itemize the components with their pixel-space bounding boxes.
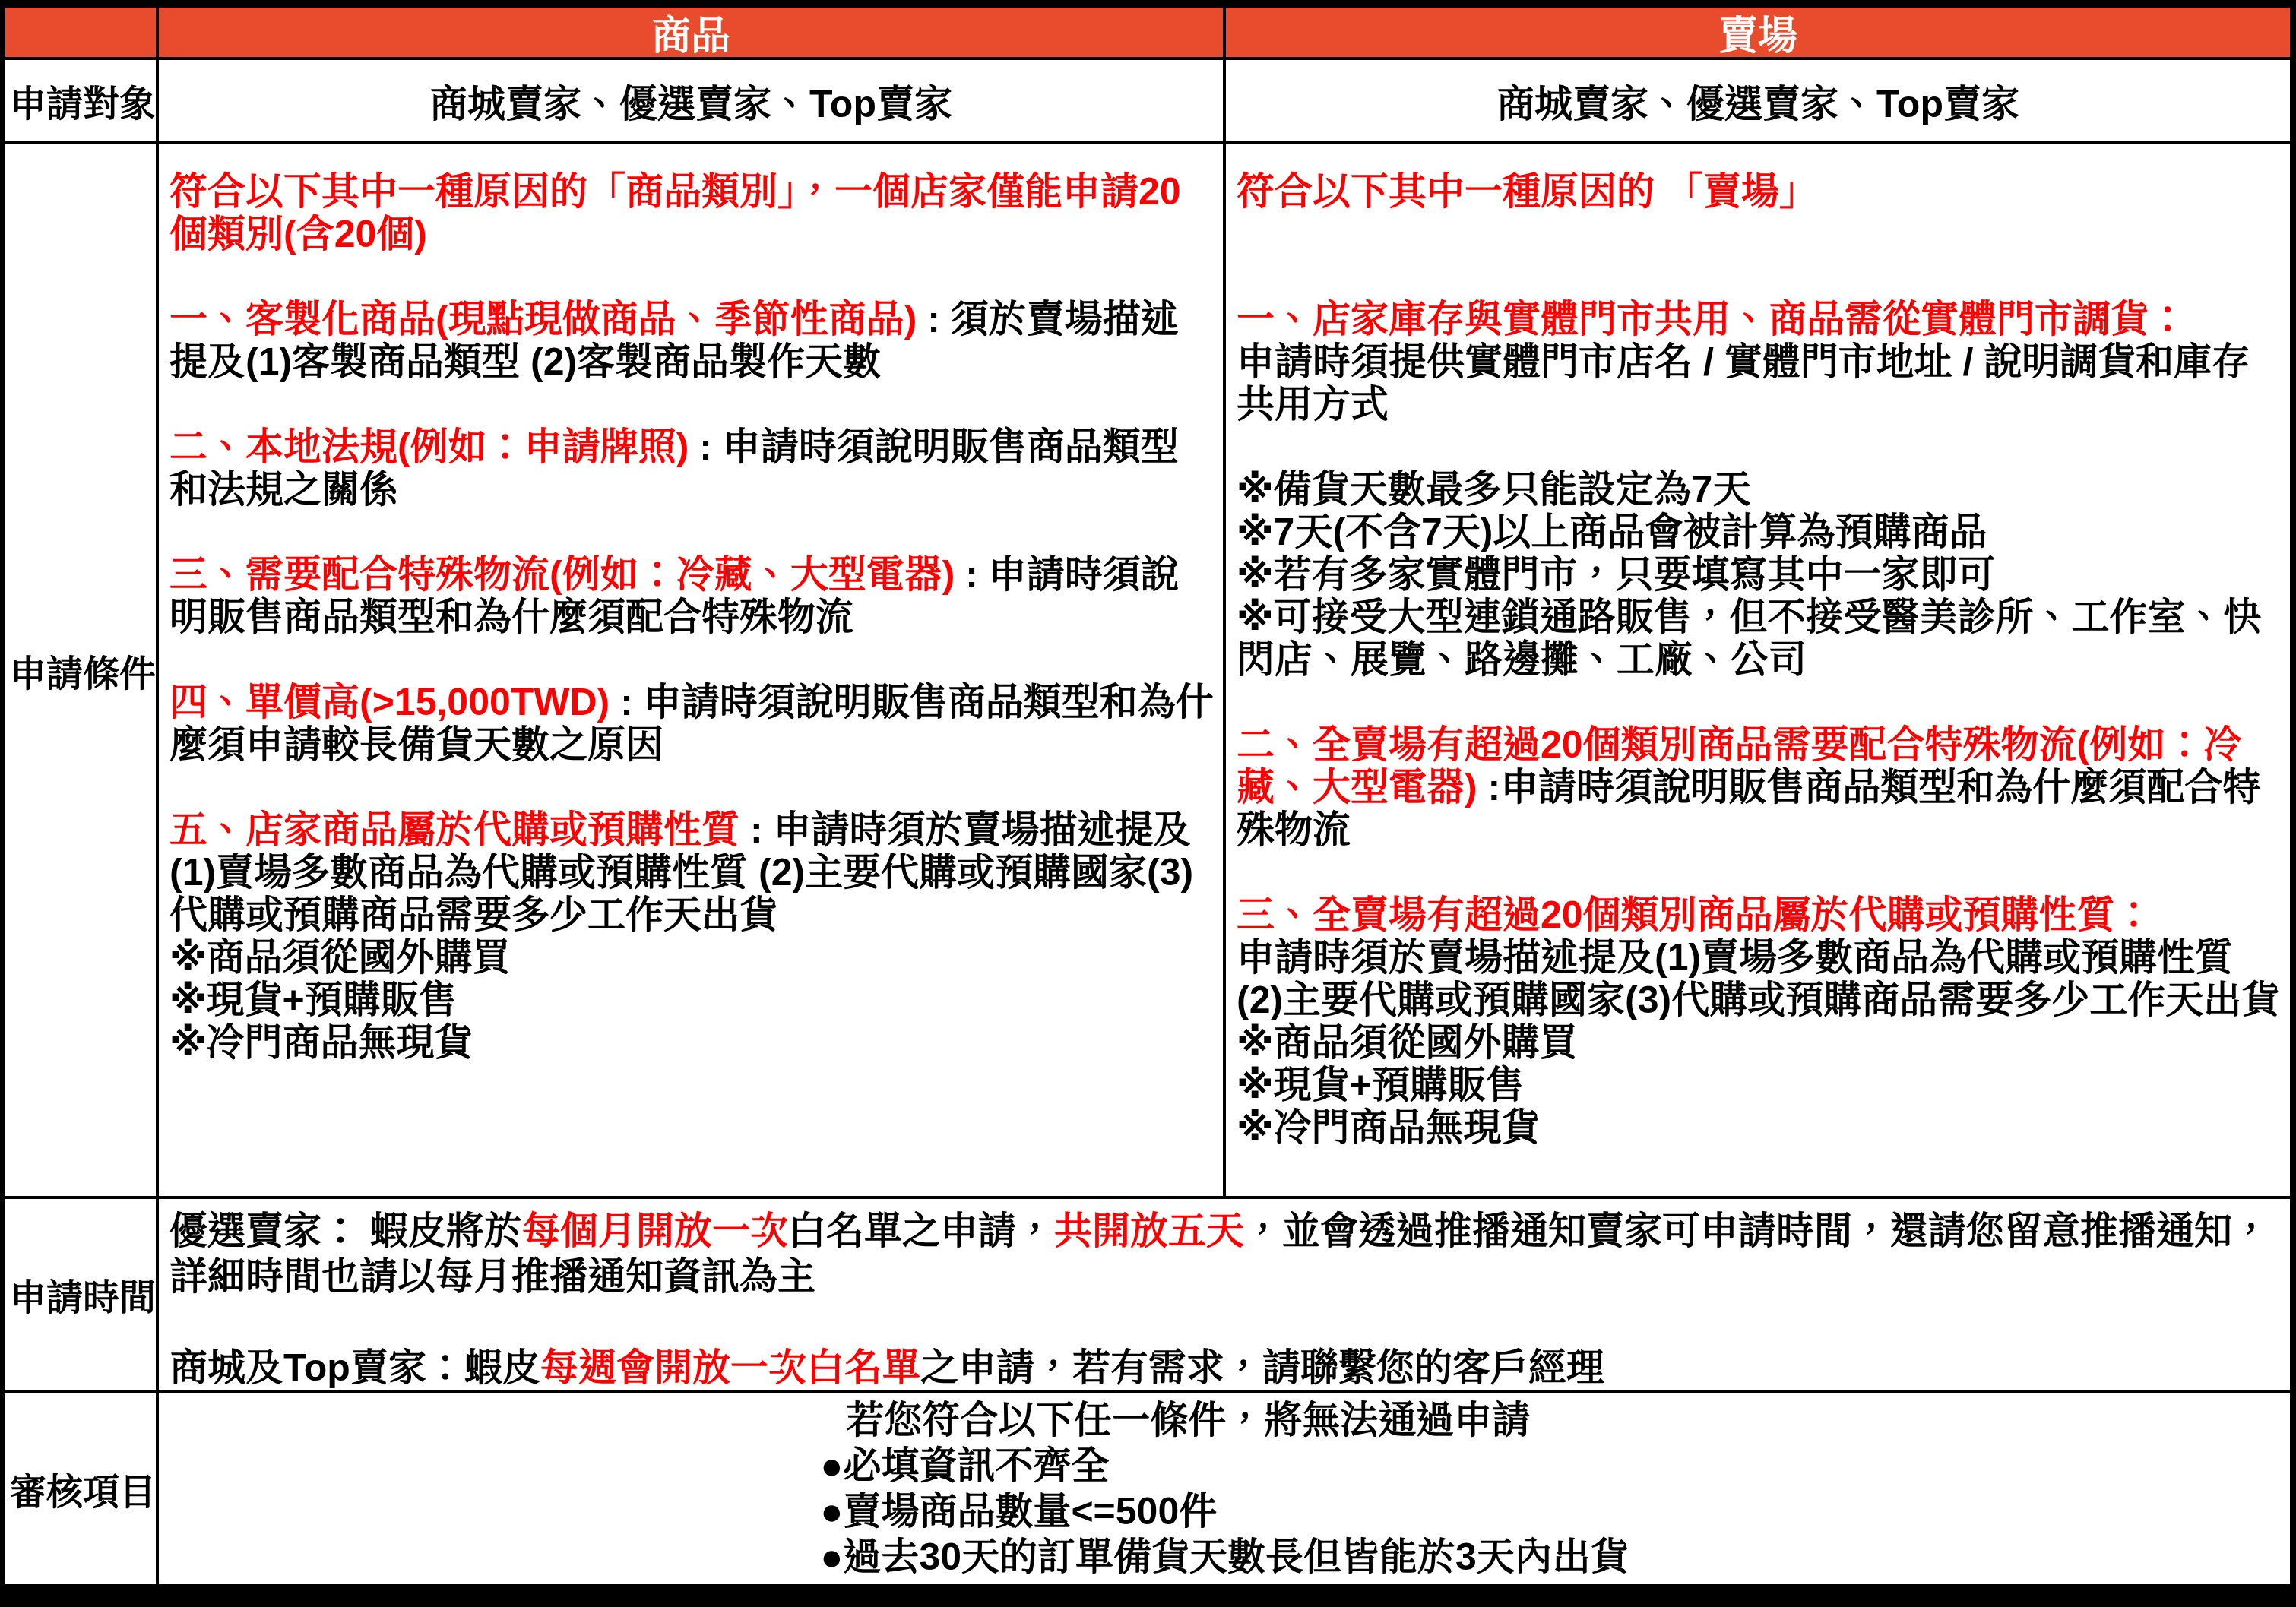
paragraph: 三、全賣場有超過20個類別商品屬於代購或預購性質：申請時須於賣場描述提及(1)賣… xyxy=(1237,894,2281,1149)
row-label-target: 申請對象 xyxy=(5,60,156,141)
header-shop: 賣場 xyxy=(1226,8,2290,57)
paragraph: 二、全賣場有超過20個類別商品需要配合特殊物流(例如：冷藏、大型電器) :申請時… xyxy=(1237,723,2281,851)
review-bullet: ●賣場商品數量<=500件 xyxy=(820,1488,1629,1534)
row-label-time: 申請時間 xyxy=(5,1199,156,1390)
review-bullet: ●過去30天的訂單備貨天數長但皆能於3天內出貨 xyxy=(820,1534,1629,1580)
conditions-product-cell: 符合以下其中一種原因的「商品類別」，一個店家僅能申請20個類別(含20個)一、客… xyxy=(159,144,1223,1196)
review-content-cell: 若您符合以下任一條件，將無法通過申請 ●必填資訊不齊全●賣場商品數量<=500件… xyxy=(159,1393,2290,1584)
paragraph: 一、店家庫存與實體門市共用、商品需從實體門市調貨：申請時須提供實體門市店名 / … xyxy=(1237,298,2281,425)
paragraph: 四、單價高(>15,000TWD) : 申請時須說明販售商品類型和為什麼須申請較… xyxy=(169,681,1214,766)
table-frame: 商品 賣場 申請對象 商城賣家、優選賣家、Top賣家 商城賣家、優選賣家、Top… xyxy=(0,0,2296,1607)
paragraph: 一、客製化商品(現點現做商品、季節性商品) : 須於賣場描述提及(1)客製商品類… xyxy=(169,298,1214,383)
target-shop-cell: 商城賣家、優選賣家、Top賣家 xyxy=(1226,60,2290,141)
paragraph: 商城及Top賣家：蝦皮每週會開放一次白名單之申請，若有需求，請聯繫您的客戶經理 xyxy=(169,1345,2281,1390)
review-bullet: ●必填資訊不齊全 xyxy=(820,1443,1629,1488)
paragraph: 符合以下其中一種原因的「商品類別」，一個店家僅能申請20個類別(含20個) xyxy=(169,170,1214,255)
time-content-cell: 優選賣家： 蝦皮將於每個月開放一次白名單之申請，共開放五天，並會透過推播通知賣家… xyxy=(159,1199,2290,1390)
row-label-review: 審核項目 xyxy=(5,1393,156,1584)
whitelist-table: 商品 賣場 申請對象 商城賣家、優選賣家、Top賣家 商城賣家、優選賣家、Top… xyxy=(5,8,2290,1584)
paragraph: 三、需要配合特殊物流(例如：冷藏、大型電器) : 申請時須說明販售商品類型和為什… xyxy=(169,553,1214,638)
paragraph: 二、本地法規(例如：申請牌照) : 申請時須說明販售商品類型和法規之關係 xyxy=(169,425,1214,511)
paragraph: 優選賣家： 蝦皮將於每個月開放一次白名單之申請，共開放五天，並會透過推播通知賣家… xyxy=(169,1208,2281,1299)
header-product: 商品 xyxy=(159,8,1223,57)
conditions-shop-cell: 符合以下其中一種原因的 「賣場」一、店家庫存與實體門市共用、商品需從實體門市調貨… xyxy=(1226,144,2290,1196)
header-corner-cell xyxy=(5,8,156,57)
paragraph: ※備貨天數最多只能設定為7天※7天(不含7天)以上商品會被計算為預購商品※若有多… xyxy=(1237,468,2281,681)
row-label-conditions: 申請條件 xyxy=(5,144,156,1196)
paragraph: 五、店家商品屬於代購或預購性質 : 申請時須於賣場描述提及(1)賣場多數商品為代… xyxy=(169,808,1214,1064)
target-product-cell: 商城賣家、優選賣家、Top賣家 xyxy=(159,60,1223,141)
review-intro: 若您符合以下任一條件，將無法通過申請 xyxy=(820,1397,1629,1443)
paragraph: 符合以下其中一種原因的 「賣場」 xyxy=(1237,170,2281,213)
review-bullet-list: ●必填資訊不齊全●賣場商品數量<=500件●過去30天的訂單備貨天數長但皆能於3… xyxy=(820,1443,1629,1580)
review-block: 若您符合以下任一條件，將無法通過申請 ●必填資訊不齊全●賣場商品數量<=500件… xyxy=(820,1397,1629,1580)
